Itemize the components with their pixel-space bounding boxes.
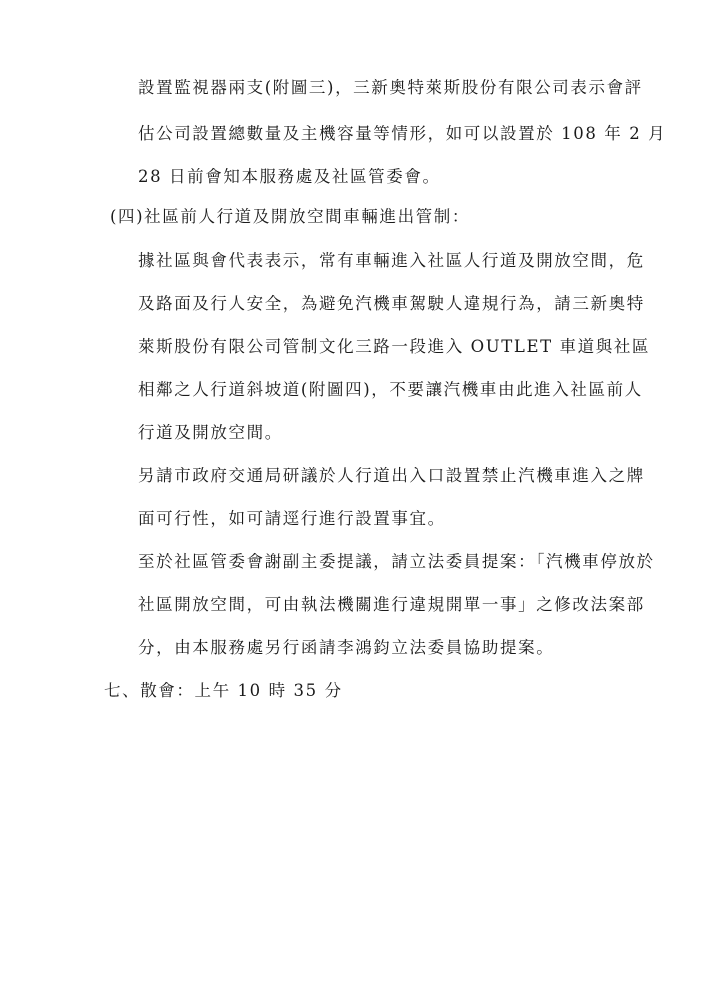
text-line: 行道及開放空間。 [138, 423, 283, 443]
text-line: 估公司設置總數量及主機容量等情形，如可以設置於 108 年 2 月 [138, 124, 666, 144]
text-line: 社區開放空間，可由執法機關進行違規開單一事」之修改法案部 [138, 595, 645, 615]
text-line: 萊斯股份有限公司管制文化三路一段進入 OUTLET 車道與社區 [138, 337, 650, 357]
text-line: 及路面及行人安全，為避免汽機車駕駛人違規行為，請三新奧特 [138, 294, 645, 314]
document-page: 設置監視器兩支(附圖三)，三新奧特萊斯股份有限公司表示會評 估公司設置總數量及主… [0, 0, 707, 1000]
text-line: 另請市政府交通局研議於人行道出入口設置禁止汽機車進入之牌 [138, 466, 645, 486]
text-line: 據社區與會代表表示，常有車輛進入社區人行道及開放空間，危 [138, 251, 645, 271]
text-line: 28 日前會知本服務處及社區管委會。 [138, 167, 441, 187]
text-line: 分，由本服務處另行函請李鴻鈞立法委員協助提案。 [138, 638, 554, 658]
text-line: 相鄰之人行道斜坡道(附圖四)，不要讓汽機車由此進入社區前人 [138, 380, 643, 400]
text-line: 面可行性，如可請逕行進行設置事宜。 [138, 509, 446, 529]
section-heading-four: (四)社區前人行道及開放空間車輛進出管制： [110, 207, 470, 227]
section-heading-adjournment: 七、散會：上午 10 時 35 分 [104, 681, 343, 701]
text-line: 設置監視器兩支(附圖三)，三新奧特萊斯股份有限公司表示會評 [138, 78, 643, 98]
text-line: 至於社區管委會謝副主委提議，請立法委員提案：「汽機車停放於 [138, 552, 655, 572]
